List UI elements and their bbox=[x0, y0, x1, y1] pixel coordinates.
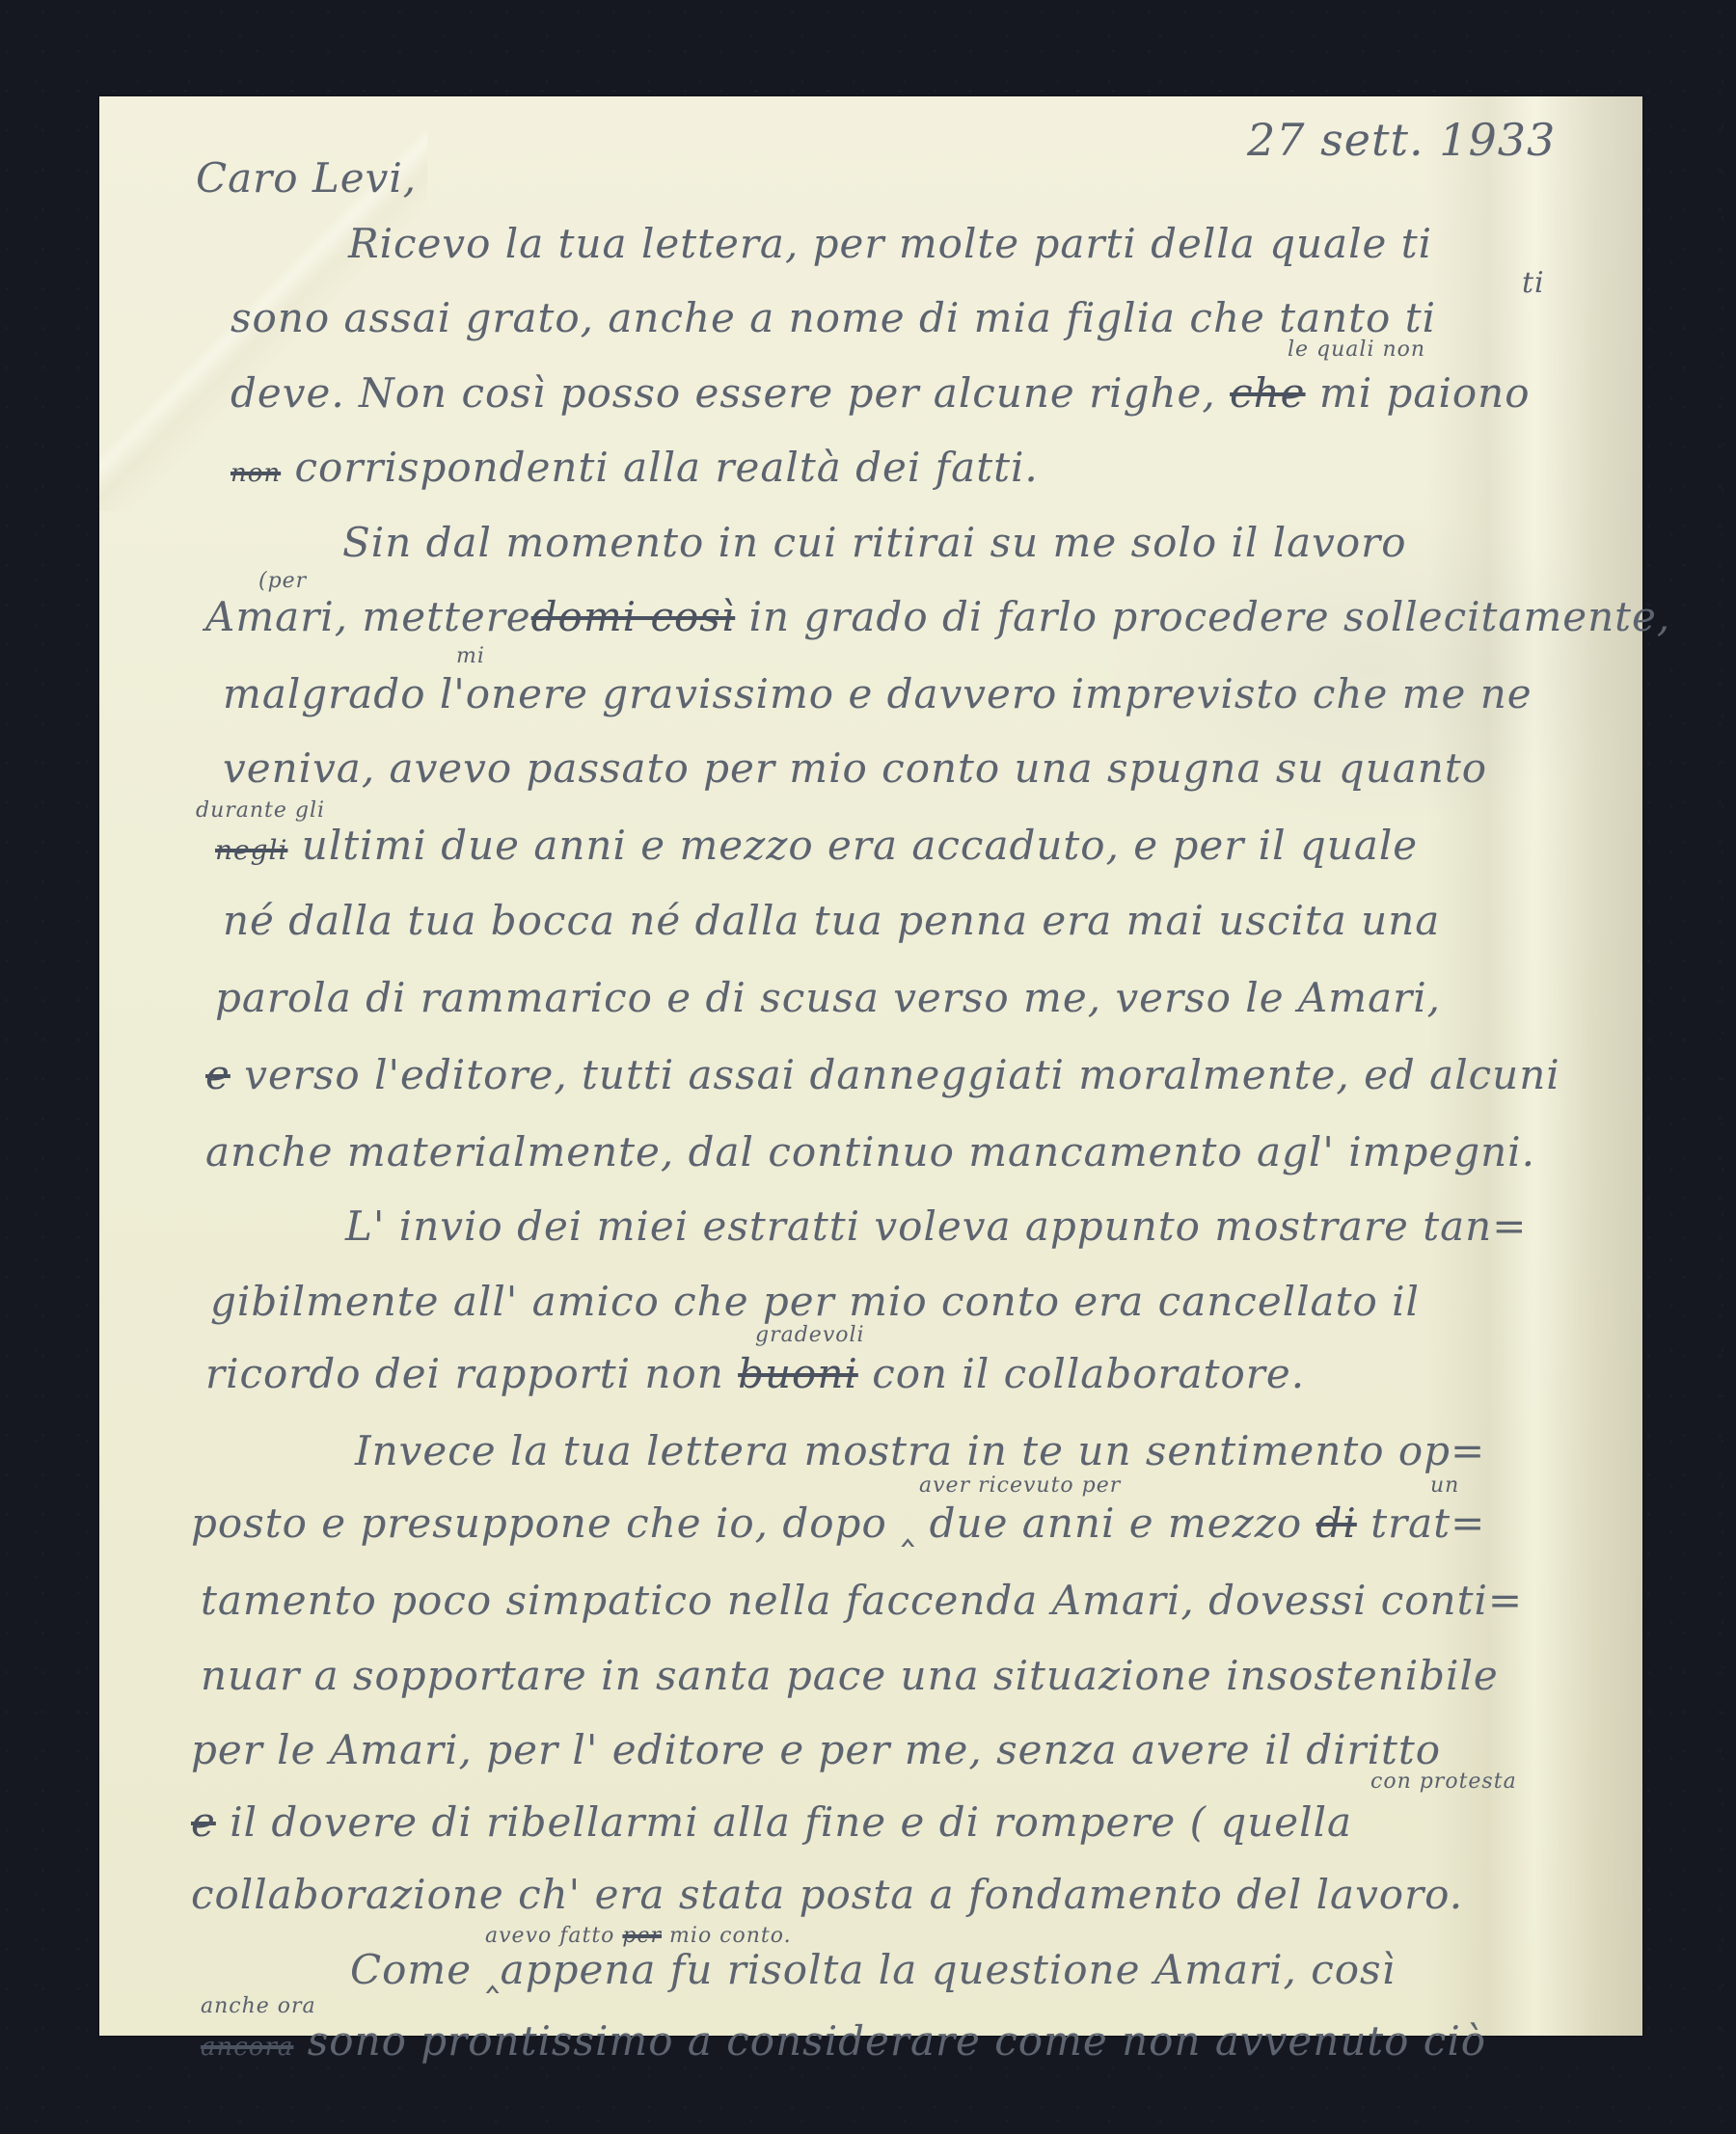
line-text: corrispondenti alla realtà dei fatti. bbox=[295, 444, 1039, 491]
letter-line: nuar a sopportare in santa pace una situ… bbox=[201, 1652, 1499, 1699]
letter-line: posto e presuppone che io, dopo ‸ due an… bbox=[191, 1499, 1485, 1547]
letter-line: Sin dal momento in cui ritirai su me sol… bbox=[342, 519, 1407, 566]
insertion-avevo-fatto: avevo fatto per mio conto. bbox=[485, 1924, 792, 1948]
letter-line: ricordo dei rapporti non buoni con il co… bbox=[205, 1350, 1305, 1397]
insertion-text-after: mio conto. bbox=[669, 1924, 792, 1948]
letter-line: L' invio dei miei estratti voleva appunt… bbox=[345, 1202, 1527, 1250]
struck-word: e bbox=[191, 1798, 216, 1846]
line-text-after: mi paiono bbox=[1319, 369, 1531, 417]
struck-word: che bbox=[1230, 369, 1305, 417]
letter-line: collaborazione ch' era stata posta a fon… bbox=[191, 1871, 1463, 1918]
letter-line: e il dovere di ribellarmi alla fine e di… bbox=[191, 1798, 1352, 1846]
letter-line: sono assai grato, anche a nome di mia fi… bbox=[231, 294, 1436, 341]
letter-line: Amari, metteredomi così in grado di farl… bbox=[205, 593, 1670, 640]
letter-line: ancora sono prontissimo a considerare co… bbox=[201, 2017, 1486, 2065]
insertion-ti: ti bbox=[1522, 266, 1545, 300]
insertion-con-protesta: con protesta bbox=[1370, 1769, 1517, 1794]
struck-word: domi così bbox=[531, 593, 736, 640]
insertion-anche-ora: anche ora bbox=[201, 1994, 316, 2018]
struck-word: di bbox=[1316, 1499, 1357, 1547]
insertion-durante-gli: durante gli bbox=[196, 798, 325, 823]
letter-date: 27 sett. 1933 bbox=[1247, 114, 1556, 166]
letter-line: malgrado l'onere gravissimo e davvero im… bbox=[223, 670, 1533, 717]
insertion-le-quali-non: le quali non bbox=[1288, 338, 1425, 362]
letter-line: né dalla tua bocca né dalla tua penna er… bbox=[223, 897, 1440, 944]
line-text: posto e presuppone che io, dopo ‸ due an… bbox=[191, 1499, 1302, 1547]
line-text: ultimi due anni e mezzo era accaduto, e … bbox=[302, 822, 1418, 869]
struck-word: buoni bbox=[738, 1350, 858, 1397]
line-text-after: con il collaboratore. bbox=[872, 1350, 1305, 1397]
line-text: deve. Non così posso essere per alcune r… bbox=[231, 369, 1216, 417]
letter-line: non corrispondenti alla realtà dei fatti… bbox=[231, 444, 1039, 491]
letter-line: deve. Non così posso essere per alcune r… bbox=[231, 369, 1531, 417]
letter-line: anche materialmente, dal continuo mancam… bbox=[205, 1128, 1535, 1175]
letter-line: Invece la tua lettera mostra in te un se… bbox=[355, 1427, 1485, 1474]
letter-line: gibilmente all' amico che per mio conto … bbox=[210, 1278, 1420, 1325]
insertion-un: un bbox=[1430, 1473, 1459, 1498]
struck-word: e bbox=[205, 1051, 231, 1098]
insertion-mi: mi bbox=[456, 644, 485, 668]
line-text-after: in grado di farlo procedere sollecitamen… bbox=[749, 593, 1671, 640]
struck-word: negli bbox=[215, 834, 287, 866]
insertion-gradevoli: gradevoli bbox=[755, 1323, 865, 1347]
line-text: verso l'editore, tutti assai danneggiati… bbox=[244, 1051, 1560, 1098]
letter-line: veniva, avevo passato per mio conto una … bbox=[223, 744, 1487, 792]
letter-line: negli ultimi due anni e mezzo era accadu… bbox=[215, 822, 1418, 869]
letter-line: Come ‸appena fu risolta la questione Ama… bbox=[350, 1946, 1396, 1993]
line-text-after: trat= bbox=[1370, 1499, 1485, 1547]
line-text: ricordo dei rapporti non bbox=[205, 1350, 724, 1397]
line-text: Amari, bbox=[205, 593, 348, 640]
line-text: il dovere di ribellarmi alla fine e di r… bbox=[230, 1798, 1352, 1846]
letter-line: e verso l'editore, tutti assai danneggia… bbox=[205, 1051, 1560, 1098]
struck-word: per bbox=[622, 1924, 662, 1948]
letter-line: per le Amari, per l' editore e per me, s… bbox=[191, 1726, 1441, 1773]
struck-word: ancora bbox=[201, 2033, 293, 2062]
line-text-insert: mettere bbox=[362, 593, 530, 640]
line-text: sono prontissimo a considerare come non … bbox=[308, 2017, 1486, 2065]
letter-page: 27 sett. 1933 Caro Levi, Ricevo la tua l… bbox=[99, 96, 1642, 2036]
insertion-per: (per bbox=[258, 569, 307, 593]
insertion-text: avevo fatto bbox=[485, 1924, 614, 1948]
letter-line: parola di rammarico e di scusa verso me,… bbox=[215, 974, 1441, 1021]
letter-line: tamento poco simpatico nella faccenda Am… bbox=[201, 1577, 1523, 1624]
letter-greeting: Caro Levi, bbox=[196, 154, 417, 202]
letter-line: Ricevo la tua lettera, per molte parti d… bbox=[348, 220, 1432, 267]
struck-word: non bbox=[231, 459, 281, 488]
insertion-aver-ricevuto-per: aver ricevuto per bbox=[919, 1473, 1121, 1498]
